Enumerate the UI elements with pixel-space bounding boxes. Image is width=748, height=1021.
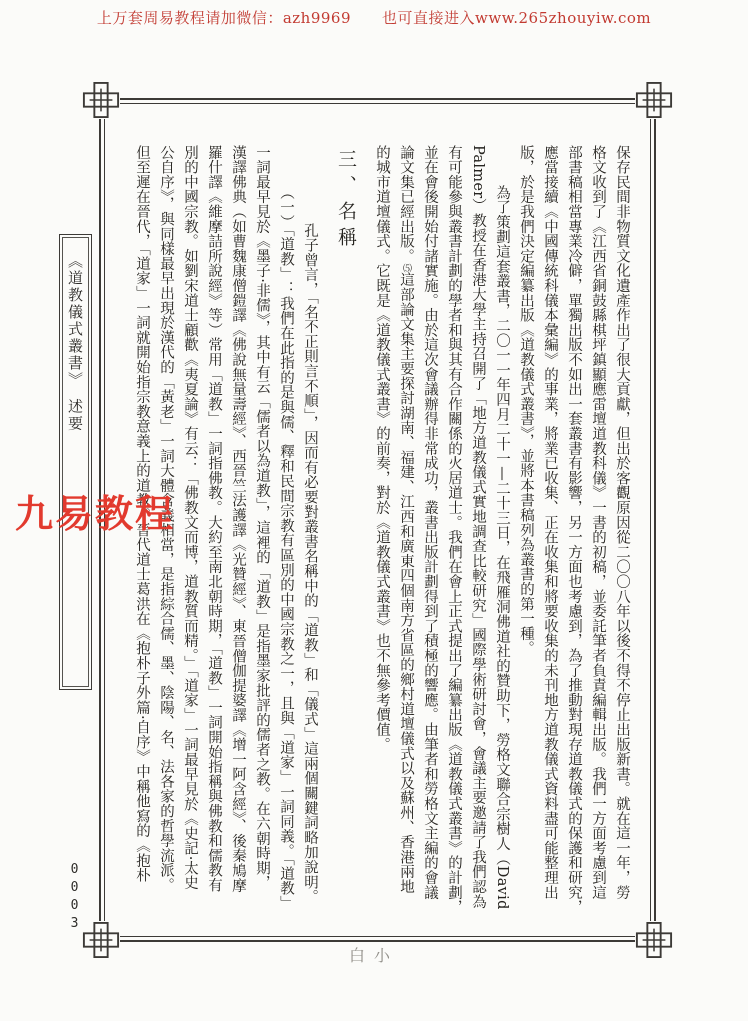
text-column: 應當接續《中國傳統科儀本彙編》的事業，將業已收集、正在收集和將要收集的未刊地方道…: [538, 145, 562, 917]
text-segment: 這部論文集主要探討湖南、福建、江西和廣東四個南方省區的鄉村道壇儀式以及蘇州、香港…: [398, 272, 414, 894]
text-column: 為了策劃這套叢書，二〇一一年四月二十一—二十三日，在飛雁洞佛道社的贊助下，勞格文…: [490, 145, 514, 917]
knot-ornament-icon: [635, 81, 673, 119]
text-column: 格文收到了《江西省銅鼓縣棋坪鎮顯應雷壇道教科儀》一書的初稿，並委託筆者負責編輯出…: [586, 145, 610, 917]
section-title: 三、名稱: [331, 145, 361, 917]
text-column: 孔子曾言，「名不正則言不順」，因而有必要對叢書名稱中的「道教」和「儀式」這兩個關…: [298, 145, 322, 917]
text-column: 保存民間非物質文化遺產作出了很大貢獻，但出於客觀原因從二〇〇八年以後不得不停止出…: [610, 145, 634, 917]
text-column: 部書稿相當專業冷僻，單獨出版不如出一套叢書有影響，另一方面也考慮到，為了推動對現…: [562, 145, 586, 917]
text-column: 漢譯佛典（如曹魏康僧鎧譯《佛說無量壽經》、西晉竺法護譯《光贊經》、東晉僧伽提婆譯…: [226, 145, 250, 917]
text-column: 別的中國宗教。如劉宋道士顧歡《夷夏論》有云：「佛教文而博，道教質而精。」「道家」…: [178, 145, 202, 917]
text-segment: 論文集已經出版。: [398, 145, 414, 263]
text-column: 並在會後開始付諸實施。由於這次會議辦得非常成功，叢書出版計劃得到了積極的響應。由…: [418, 145, 442, 917]
book-series-label: 《道教儀式叢書》 述要: [65, 253, 86, 433]
text-column: 論文集已經出版。⑸這部論文集主要探討湖南、福建、江西和廣東四個南方省區的鄉村道壇…: [394, 145, 418, 917]
footer-caption: 白小: [0, 943, 748, 966]
side-label-box: 《道教儀式叢書》 述要: [59, 234, 92, 690]
knot-ornament-icon: [82, 81, 120, 119]
text-column: Palmer）教授在香港大學主持召開了「地方道教儀式實地調查比較研究」國際學術研…: [466, 145, 490, 917]
text-column: 一詞最早見於《墨子·非儒》，其中有云「儒者以為道教」，這裡的「道教」是指墨家批評…: [250, 145, 274, 917]
watermark-text: 九易教程: [15, 483, 175, 538]
text-column: 版，於是我們決定編纂出版《道教儀式叢書》，並將本書稿列為叢書的第一種。: [514, 145, 538, 917]
text-column: （一）「道教」：我們在此指的是與儒、釋和民間宗教有區別的中國宗教之一，且與「道家…: [274, 145, 298, 917]
text-column: 羅什譯《維摩詰所說經》等）常用「道教」一詞指佛教。大約至南北朝時期，「道教」一詞…: [202, 145, 226, 917]
body-text: 保存民間非物質文化遺產作出了很大貢獻，但出於客觀原因從二〇〇八年以後不得不停止出…: [130, 145, 634, 917]
promo-header: 上万套周易教程请加微信：azh9969 也可直接进入www.265zhouyiw…: [0, 7, 748, 28]
page-border: 保存民間非物質文化遺產作出了很大貢獻，但出於客觀原因從二〇〇八年以後不得不停止出…: [99, 98, 656, 942]
text-column: 有可能參與叢書計劃的學者和與其有合作關係的火居道士。我們在會上正式提出了編纂出版…: [442, 145, 466, 917]
page-number: 0003: [67, 862, 82, 934]
text-column: 的城市道壇儀式。它既是《道教儀式叢書》的前奏，對於《道教儀式叢書》也不無參考價值…: [370, 145, 394, 917]
